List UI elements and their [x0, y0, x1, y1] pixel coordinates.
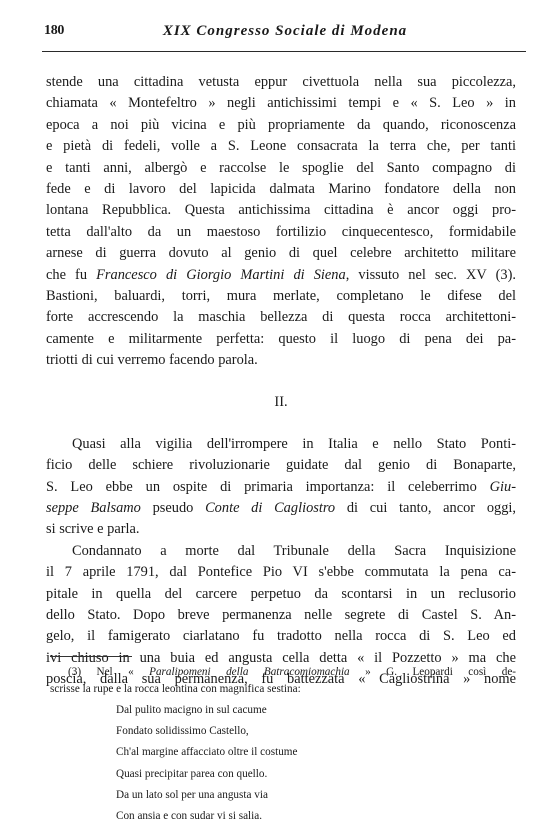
text-line: fede e di lavoro del lapicida dalmata Ma… — [46, 179, 516, 200]
text-line: seppe Balsamo pseudo Conte di Cagliostro… — [46, 498, 516, 519]
text-line: e pietà di fedeli, volle a S. Leone cons… — [46, 136, 516, 157]
text-line: chiamata « Montefeltro » negli antichiss… — [46, 93, 516, 114]
text-line: Condannato a morte dal Tribunale della S… — [46, 541, 516, 562]
title-italic: Conte di Cagliostro — [205, 500, 335, 516]
text-line: Quasi alla vigilia dell'irrompere in Ita… — [46, 434, 516, 455]
footnote-line: scrisse la rupe e la rocca leontina con … — [50, 681, 516, 698]
text-span: S. Leo ebbe un ospite di primaria import… — [46, 479, 490, 495]
text-span: , vissuto nel sec. XV (3). — [346, 267, 516, 283]
text-line: che fu Francesco di Giorgio Martini di S… — [46, 265, 516, 286]
verse-line: Da un lato sol per una angusta via — [116, 785, 297, 806]
text-line: ficio delle schiere rivoluzionarie guida… — [46, 455, 516, 476]
verse-line: Quasi precipitar parea con quello. — [116, 764, 297, 785]
text-span: di cui tanto, ancor oggi, — [335, 500, 516, 516]
text-line: S. Leo ebbe un ospite di primaria import… — [46, 477, 516, 498]
main-text: stende una cittadina vetusta eppur civet… — [46, 72, 516, 691]
text-line: il 7 aprile 1791, dal Pontefice Pio VI s… — [46, 562, 516, 583]
text-line: e tanti anni, albergò e raccolse le spog… — [46, 158, 516, 179]
architect-name-italic: Francesco di Giorgio Martini di Siena — [96, 267, 346, 283]
running-title: XIX Congresso Sociale di Modena — [44, 23, 526, 40]
book-page: 180 XIX Congresso Sociale di Modena sten… — [0, 0, 550, 828]
text-line: dello Stato. Dopo breve permanenza nelle… — [46, 605, 516, 626]
footnote-line: (3) Nel « Paralipomeni della Batracomiom… — [50, 664, 516, 681]
text-line: camente e militarmente perfetta: questo … — [46, 329, 516, 350]
text-line: stende una cittadina vetusta eppur civet… — [46, 72, 516, 93]
verse-line: Dal pulito macigno in sul cacume — [116, 700, 297, 721]
text-line: lontana Repubblica. Questa antichissima … — [46, 200, 516, 221]
header-rule — [42, 51, 526, 52]
text-line: Bastioni, baluardi, torri, mura merlate,… — [46, 286, 516, 307]
text-line: arnese di guerra dovuto al genio di quel… — [46, 243, 516, 264]
footnote-rule — [50, 656, 132, 657]
text-span: (3) Nel « — [68, 666, 149, 678]
section-heading: II. — [46, 392, 516, 413]
verse-line: Fondato solidissimo Castello, — [116, 721, 297, 742]
name-italic: Giu- — [490, 479, 516, 495]
text-span: pseudo — [141, 500, 205, 516]
name-italic: seppe Balsamo — [46, 500, 141, 516]
verse-line: Con ansia e con sudar vi si salia. — [116, 806, 297, 827]
text-span: che fu — [46, 267, 96, 283]
verse-line: Ch'al margine affacciato oltre il costum… — [116, 742, 297, 763]
text-line: si scrive e parla. — [46, 519, 516, 540]
verse-sestina: Dal pulito macigno in sul cacume Fondato… — [116, 700, 297, 827]
work-title-italic: Paralipomeni della Batracomiomachia — [149, 666, 350, 678]
text-line: gelo, il famigerato ciarlatano fu tradot… — [46, 626, 516, 647]
footnote: (3) Nel « Paralipomeni della Batracomiom… — [50, 664, 516, 697]
text-line: triotti di cui verremo facendo parola. — [46, 350, 516, 371]
text-line: pitale in quella del carcere perpetuo da… — [46, 584, 516, 605]
page-header: 180 XIX Congresso Sociale di Modena — [44, 23, 526, 43]
text-line: epoca a noi più vicina e più propriament… — [46, 115, 516, 136]
text-span: » G. Leopardi così de- — [350, 666, 516, 678]
text-line: forte accrescendo la maschia bellezza di… — [46, 307, 516, 328]
text-line: tetta dall'alto da un maestoso fortilizi… — [46, 222, 516, 243]
